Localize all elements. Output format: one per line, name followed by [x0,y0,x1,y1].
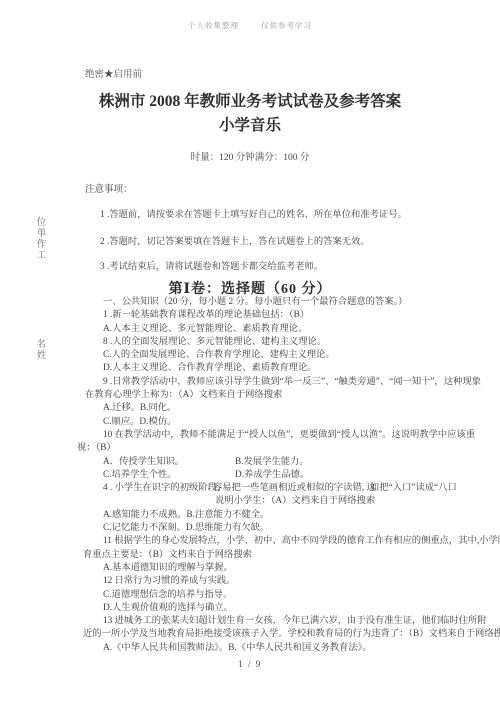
question-1-option-b: 8 .人的全面发展理论、多元智能理论、建构主义理论。 [103,336,475,349]
sidebar-workunit-label: 位单作工 [36,218,47,262]
question-9-line-2: 在教育心理学上称为：（A）文档来自于网络搜索 [85,389,475,402]
question-11-option-c: C.道德理想信念的培养与指导。 [103,589,475,602]
question-4-line-1: 4 . 小学生在识字的初级阶段， 容易把一些笔画相近或相似的字读错, 这 如把“… [85,482,475,495]
question-11-option-d: D.人生观价值观的选择与确立。 [103,602,475,615]
exam-duration-score: 时量：120 分钟满分：100 分 [0,149,500,163]
question-1-option-d: D.人本主义理论、合作教育学理论、素质教育理论。 [103,362,475,375]
question-10-option-a: A．传授学生知识。 [103,456,235,469]
question-9-options-ab: A.迁移。B.同化。 [103,402,475,415]
watermark: 个人收集整理仅供参考学习 [0,20,500,31]
watermark-left: 个人收集整理 [188,21,239,30]
question-1-option-a: A.人本主义理论、多元智能理论、素质教育理论。 [103,323,475,336]
question-11-option-b: 12 日常行为习惯的养成与实践。 [103,575,475,588]
question-10-line-2: 视：（B） [77,442,475,455]
question-4-segment-3: 如把“入口”读成“八口 [370,482,457,495]
question-4-options-ab: A.感知能力不成熟。B.注意能力不健全。 [103,509,475,522]
question-1-line: 1 .新一轮基础教育课程改革的理论基础包括：（B） [103,309,475,322]
question-13-line-2: 近的一所小学及当地教育局拒绝接受该孩子入学。学校和教育局的行为违背了：（B）文档… [83,628,475,641]
notice-item-3: 3 .考试结束后，请将试题卷和答题卡都交给监考老师。 [100,258,323,272]
exam-document-page: 个人收集整理仅供参考学习 绝密★启用前 株洲市 2008 年教师业务考试试卷及参… [0,0,500,708]
question-9-line-1: 9 .日常教学活动中，教师应该引导学生做到“举一反三”、“触类旁通”、“闻一知十… [103,376,475,389]
watermark-right: 仅供参考学习 [261,21,312,30]
question-13-options-ab: A.《中华人民共和国教师法》。B.《中华人民共和国义务教育法》。 [103,642,475,655]
question-10-option-c: C.培养学生个性。 [103,469,235,482]
exam-title: 株洲市 2008 年教师业务考试试卷及参考答案 [0,89,500,111]
notice-item-2: 2 .答题时，切记答案要填在答题卡上，答在试题卷上的答案无效。 [100,233,370,247]
notice-heading: 注意事项： [85,181,133,195]
question-body: 一、公共知识（20 分，每小题 2 分。每小题只有一个最符合题意的答案。） 1 … [85,296,475,655]
exam-subtitle: 小学音乐 [0,113,500,135]
question-4-segment-1: 4 . 小学生在识字的初级阶段， [103,482,226,495]
question-9-options-cd: C.顺应。D.模仿。 [103,416,475,429]
sidebar-name-label: 名姓 [36,340,47,362]
question-1-option-c: C.人的全面发展理论、合作教育学理论、建构主义理论。 [103,349,475,362]
question-10-options-row-1: A．传授学生知识。 B.发展学生能力。 [103,456,475,469]
notice-item-1: 1 .答题前，请按要求在答题卡上填写好自己的姓名、所在单位和准考证号。 [100,206,407,220]
question-4-line-2: 说明小学生：（A）文档来自于网络搜索 [215,495,475,508]
question-11-line-2: 育重点主要是：（B）文档来自于网络搜索 [83,549,475,562]
section-heading: 第Ⅰ卷：选择题（60 分） [0,278,500,298]
classification-label: 绝密★启用前 [85,66,142,80]
question-10-line-1: 10 在教学活动中，教师不能满足于“授人以鱼”，更要做到“授人以渔”。这说明教学… [103,429,475,442]
question-10-options-row-2: C.培养学生个性。 D.养成学生品德。 [103,469,475,482]
question-11-line-1: 11 根据学生的身心发展特点，小学、初中、高中不同学段的德育工作有相应的侧重点，… [103,535,475,548]
question-4-options-cd: C.记忆能力不深刻。D.思维能力有欠缺。 [103,522,475,535]
question-13-line-1: 13 进城务工的张某夫妇超计划生育一女孩，今年已满六岁，由于没有准生证，他们临时… [103,615,475,628]
question-11-option-a: A.基本道德知识的理解与掌握。 [103,562,475,575]
page-number: 1 / 9 [0,659,500,669]
section-intro-line: 一、公共知识（20 分，每小题 2 分。每小题只有一个最符合题意的答案。） [103,296,475,309]
question-10-option-b: B.发展学生能力。 [235,456,309,469]
question-10-option-d: D.养成学生品德。 [235,469,309,482]
question-4-segment-2: 容易把一些笔画相近或相似的字读错, 这 [213,482,376,495]
